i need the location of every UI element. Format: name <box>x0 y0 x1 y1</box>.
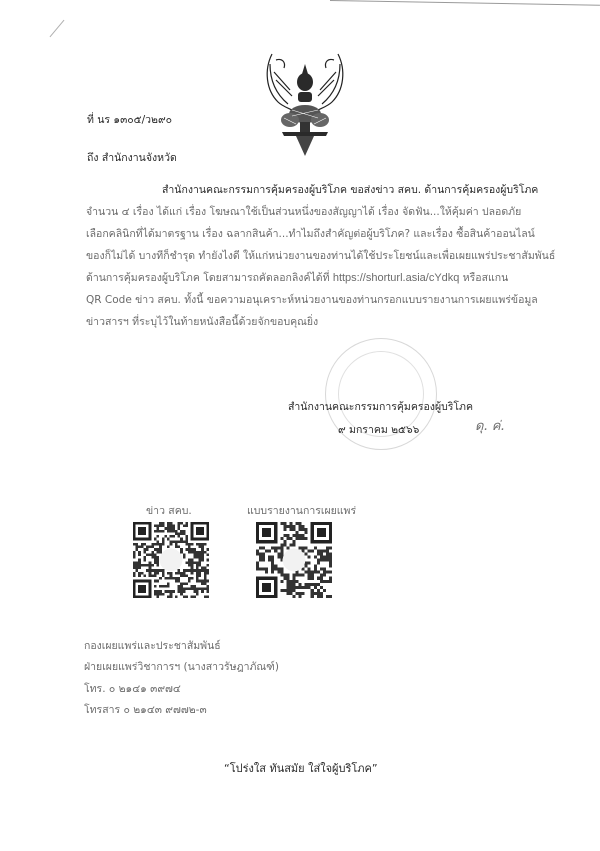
signature: ดุ. ค่. <box>475 420 505 434</box>
contact-phone: โทร. ๐ ๒๑๔๑ ๓๙๗๔ <box>84 682 181 696</box>
body-line-5-text: ด้านการคุ้มครองผู้บริโภค โดยสามารถคัดลอก… <box>86 272 329 284</box>
body-line-2: จำนวน ๔ เรื่อง ได้แก่ เรื่อง โฆษณาใช้เป็… <box>86 205 521 219</box>
qr-code-report-form[interactable] <box>256 520 332 600</box>
recipient: ถึง สำนักงานจังหวัด <box>87 151 177 165</box>
body-line-5-suffix: หรือสแกน <box>463 272 509 284</box>
sender-organization: สำนักงานคณะกรรมการคุ้มครองผู้บริโภค <box>288 400 473 414</box>
body-line-1: สำนักงานคณะกรรมการคุ้มครองผู้บริโภค ขอส่… <box>162 183 538 197</box>
body-line-4: ของก็ไม่ได้ บางทีก็ชำรุด ทำยังไงดี ให้แก… <box>86 249 555 263</box>
contact-unit: ฝ่ายเผยแพร่วิชาการฯ (นางสาวรัษฎาภัณฑ์) <box>84 660 279 674</box>
body-line-7: ข่าวสารฯ ที่ระบุไว้ในท้ายหนังสือนี้ด้วยจ… <box>86 315 318 329</box>
scan-edge-line <box>330 0 600 10</box>
letter-date: ๙ มกราคม ๒๕๖๖ <box>338 423 419 437</box>
body-line-6: QR Code ข่าว สคบ. ทั้งนี้ ขอความอนุเคราะ… <box>86 293 538 307</box>
qr-label-report-form: แบบรายงานการเผยแพร่ <box>247 504 356 518</box>
short-link[interactable]: https://shorturl.asia/cYdkq <box>333 272 460 284</box>
contact-fax: โทรสาร ๐ ๒๑๔๓ ๙๗๗๒-๓ <box>84 703 207 717</box>
garuda-emblem-icon <box>262 50 348 158</box>
body-line-3: เลือกคลินิกที่ได้มาตรฐาน เรื่อง ฉลากสินค… <box>86 227 535 241</box>
reference-number: ที่ นร ๑๓๐๕/ว๒๙๐ <box>87 113 172 127</box>
qr-code-news[interactable] <box>133 520 209 600</box>
contact-division: กองเผยแพร่และประชาสัมพันธ์ <box>84 639 221 653</box>
pen-mark <box>50 20 65 37</box>
body-line-5: ด้านการคุ้มครองผู้บริโภค โดยสามารถคัดลอก… <box>86 271 508 285</box>
qr-label-news: ข่าว สคบ. <box>146 504 192 518</box>
slogan: “โปร่งใส ทันสมัย ใส่ใจผู้บริโภค” <box>224 762 378 776</box>
